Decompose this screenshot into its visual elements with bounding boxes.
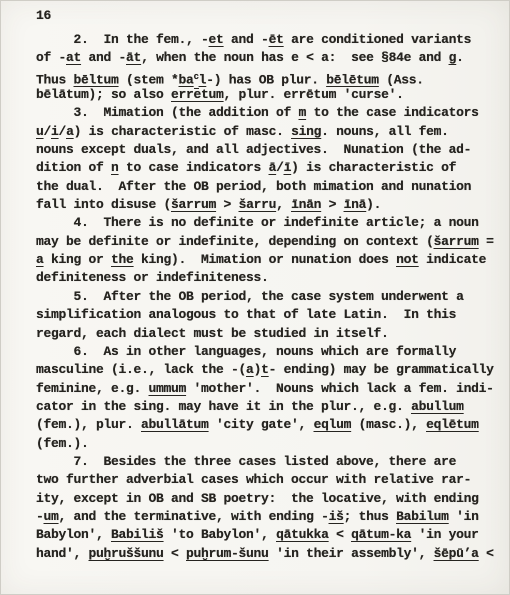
text-line: 7. Besides the three cases listed above,… [36,453,501,471]
text-run: - ending) may be grammatically [269,362,494,377]
text-run: , when the noun has e < a: see §84e and [141,50,449,65]
text-run: (fem.). [36,436,89,451]
underlined-term: t [261,362,269,377]
underlined-term: g [449,50,457,65]
underlined-term: ba [179,72,194,87]
underlined-term: the [111,252,134,267]
underlined-term: bēltum [74,72,119,87]
text-run: dition of [36,160,111,175]
underlined-term: šarrum [434,234,479,249]
text-run: > [321,197,344,212]
underlined-term: īnān [291,197,321,212]
text-run: (masc.), [351,417,426,432]
text-run: / [276,160,284,175]
text-run: ). [366,197,381,212]
underlined-term: puḫrum-šunu [186,546,269,561]
text-run: of - [36,50,66,65]
underlined-term: abullum [411,399,464,414]
text-line: fall into disuse (šarrum > šarru, īnān >… [36,196,501,214]
scanned-page: 16 2. In the fem., -et and -ēt are condi… [0,0,510,595]
text-line: u/i/a) is characteristic of masc. sing. … [36,123,501,141]
text-line: Thus bēltum (stem *bacl-) has OB plur. b… [36,68,501,86]
text-line: (fem.), plur. abullātum 'city gate', eql… [36,416,501,434]
underlined-term: ummum [149,381,187,396]
underlined-term: šarrum [171,197,216,212]
text-run: feminine, e.g. [36,381,149,396]
text-run: , plur. errētum 'curse'. [224,87,404,102]
text-run: king or [44,252,112,267]
text-run: regard, each dialect must be studied in … [36,326,389,341]
text-line: hand', puḫruššunu < puḫrum-šunu 'in thei… [36,545,501,563]
page-text: 2. In the fem., -et and -ēt are conditio… [36,31,501,563]
underlined-term: bēlētum [326,72,379,87]
text-run: (fem.), plur. [36,417,141,432]
text-run: Babylon', [36,527,111,542]
text-run: 'in [449,509,479,524]
text-line: the dual. After the OB period, both mima… [36,178,501,196]
underlined-term: qātum-ka [351,527,411,542]
text-line: 4. There is no definite or indefinite ar… [36,214,501,232]
text-run: indicate [419,252,487,267]
text-run: , and the terminative, with ending - [59,509,329,524]
underlined-term: n [111,160,119,175]
text-run: Thus [36,72,74,87]
text-run: < [329,527,352,542]
text-line: dition of n to case indicators ā/ī) is c… [36,159,501,177]
text-line: 2. In the fem., -et and -ēt are conditio… [36,31,501,49]
text-run: ity, except in OB and SB poetry: the loc… [36,491,479,506]
underlined-term: a [66,124,74,139]
underlined-term: puḫruššunu [89,546,164,561]
text-line: bēlātum); so also erretum, plur. errētum… [36,86,501,104]
text-run: < [164,546,187,561]
text-run: are conditioned variants [284,32,472,47]
underlined-term: īnā [344,197,367,212]
text-run: 7. Besides the three cases listed above,… [36,454,456,469]
underlined-term: not [396,252,419,267]
underlined-term: šēpū’a [434,546,479,561]
text-line: 3. Mimation (the addition of m to the ca… [36,104,501,122]
text-line: simplification analogous to that of late… [36,306,501,324]
text-run: king). Mimation or nunation does [134,252,397,267]
text-run: -) has OB plur. [206,72,326,87]
text-line: nouns except duals, and all adjectives. … [36,141,501,159]
text-run: cator in the sing. may have it in the pl… [36,399,411,414]
text-run: hand', [36,546,89,561]
text-line: 6. As in other languages, nouns which ar… [36,343,501,361]
text-line: Babylon', Babiliš 'to Babylon', qātukka … [36,526,501,544]
text-line: may be definite or indefinite, depending… [36,233,501,251]
text-run: 'in their assembly', [269,546,434,561]
text-line: of -at and -āt, when the noun has e < a:… [36,49,501,67]
text-line: definiteness or indefiniteness. [36,269,501,287]
text-run: ; thus [344,509,397,524]
text-run: to case indicators [119,160,269,175]
text-run: the dual. After the OB period, both mima… [36,179,471,194]
page-number: 16 [36,8,51,23]
text-run: . [456,50,464,65]
underlined-term: a [246,362,254,377]
text-run: masculine (i.e., lack the -( [36,362,246,377]
text-run: , [276,197,291,212]
text-run: 3. Mimation (the addition of [36,105,299,120]
text-line: two further adverbial cases which occur … [36,471,501,489]
text-run: 2. In the fem., - [36,32,209,47]
text-line: 5. After the OB period, the case system … [36,288,501,306]
underlined-term: erretum [171,87,224,102]
text-line: -um, and the terminative, with ending -i… [36,508,501,526]
text-run: and - [81,50,126,65]
underlined-term: ēt [269,32,284,47]
underlined-term: Babiliš [111,527,164,542]
underlined-term: um [44,509,59,524]
underlined-term: eqlum [314,417,352,432]
text-run: < [479,546,494,561]
text-run: 'to Babylon', [164,527,277,542]
text-run: 4. There is no definite or indefinite ar… [36,215,479,230]
underlined-term: m [299,105,307,120]
underlined-term: Babilum [396,509,449,524]
text-line: a king or the king). Mimation or nunatio… [36,251,501,269]
underlined-term: u [36,124,44,139]
text-run: ) is characteristic of masc. [74,124,292,139]
text-run: and - [224,32,269,47]
underlined-term: iš [329,509,344,524]
underlined-term: qātukka [276,527,329,542]
text-run: (Ass. [379,72,424,87]
text-run: = [479,234,494,249]
underlined-term: ī [284,160,292,175]
text-run: fall into disuse ( [36,197,171,212]
text-line: cator in the sing. may have it in the pl… [36,398,501,416]
text-run: 6. As in other languages, nouns which ar… [36,344,456,359]
text-run: (stem * [119,72,179,87]
underlined-term: et [209,32,224,47]
text-run: > [216,197,239,212]
text-line: ity, except in OB and SB poetry: the loc… [36,490,501,508]
text-run: nouns except duals, and all adjectives. … [36,142,471,157]
text-run: - [36,509,44,524]
underlined-term: abullātum [141,417,209,432]
underlined-term: at [66,50,81,65]
text-run: / [44,124,52,139]
text-run: 'city gate', [209,417,314,432]
underlined-term: i [51,124,59,139]
underlined-term: a [36,252,44,267]
text-run: 5. After the OB period, the case system … [36,289,464,304]
text-run: . nouns, all fem. [321,124,449,139]
underlined-term: āt [126,50,141,65]
text-run: bēlātum); so also [36,87,171,102]
text-line: feminine, e.g. ummum 'mother'. Nouns whi… [36,380,501,398]
text-run: 'mother'. Nouns which lack a fem. indi- [186,381,494,396]
text-line: (fem.). [36,435,501,453]
text-run: simplification analogous to that of late… [36,307,456,322]
underlined-term: šarru [239,197,277,212]
text-run: ) is characteristic of [291,160,456,175]
text-run: definiteness or indefiniteness. [36,270,269,285]
underlined-term: eqlētum [426,417,479,432]
text-run: / [59,124,67,139]
text-run: two further adverbial cases which occur … [36,472,471,487]
underlined-term: ā [269,160,277,175]
text-run: ) [254,362,262,377]
text-line: regard, each dialect must be studied in … [36,325,501,343]
text-run: 'in your [411,527,479,542]
underlined-term: sing [291,124,321,139]
text-run: to the case indicators [306,105,479,120]
text-run: may be definite or indefinite, depending… [36,234,434,249]
text-line: masculine (i.e., lack the -(a)t- ending)… [36,361,501,379]
